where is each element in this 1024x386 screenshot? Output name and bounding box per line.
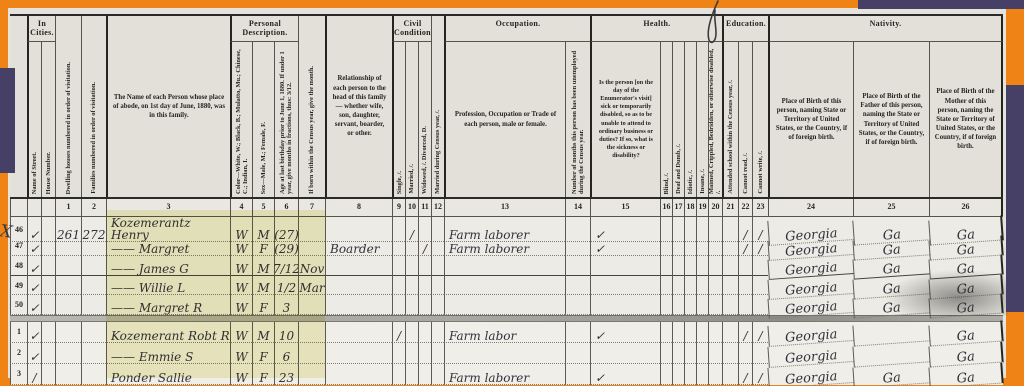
- column-number: 22: [738, 199, 752, 216]
- birth-month-cell: [298, 322, 325, 343]
- col-header-occupation: Profession, Occupation or Trade of each …: [444, 42, 565, 197]
- birth-month-cell: Mar: [298, 276, 325, 296]
- sickness-cell: [590, 256, 660, 276]
- relationship-cell: [325, 343, 392, 364]
- single-cell: [392, 237, 405, 257]
- color-cell: W: [230, 237, 252, 257]
- sickness-cell: ✓: [590, 237, 660, 257]
- relationship-cell: Boarder: [325, 237, 392, 257]
- attended-school-cell: [722, 237, 738, 257]
- column-number: 14: [565, 199, 590, 216]
- married-census-year-cell: [431, 295, 444, 315]
- street-check-cell: ✓: [27, 322, 41, 343]
- cannot-write-cell: /: [752, 364, 768, 385]
- street-check-cell: ✓: [27, 237, 41, 257]
- col-label: Maimed, Crippled, Bedridden, or otherwis…: [708, 42, 722, 197]
- insane-cell: [696, 322, 708, 343]
- navy-bar-left: [0, 68, 15, 173]
- married-cell: [405, 256, 418, 276]
- widowed-cell: [418, 343, 431, 364]
- maimed-cell: [708, 237, 722, 257]
- records-upper-fragment: 46✓261272Kozemerantz HenryWM(27)/Farm la…: [10, 217, 1003, 315]
- sex-cell: M: [252, 276, 274, 296]
- record-row: 2✓—— Emmie SWF6GeorgiaGa: [10, 343, 1003, 364]
- col-header-single: Single, /.: [392, 42, 405, 197]
- col-label: Attended school within the Census year, …: [727, 78, 734, 197]
- col-header-birthplace-father: Place of Birth of the Father of this per…: [853, 42, 929, 197]
- idiotic-cell: [684, 322, 696, 343]
- occupation-cell: [444, 276, 565, 296]
- months-unemployed-cell: [565, 237, 590, 257]
- column-number: 26: [929, 199, 1003, 216]
- col-label: Cannot write, /.: [757, 149, 764, 197]
- cannot-read-cell: [738, 343, 752, 364]
- navy-bar-top: [858, 0, 1024, 9]
- group-civil-condition: Civil Condition.: [392, 16, 431, 42]
- occupation-cell: [444, 343, 565, 364]
- relationship-cell: [325, 295, 392, 315]
- sickness-cell: ✓: [590, 364, 660, 385]
- sickness-cell: [590, 276, 660, 296]
- col-label: Blind, /.: [663, 171, 670, 198]
- row-number-cell: 48: [10, 256, 27, 276]
- house-number-cell: [41, 364, 55, 385]
- street-check-cell: ✓: [27, 343, 41, 364]
- person-name-cell: —— Willie L: [106, 276, 230, 296]
- records-lower-fragment: 1✓Kozemerant Robt RWM10/Farm labor✓//Geo…: [10, 322, 1003, 385]
- column-number: 20: [708, 199, 722, 216]
- pen-mark: [694, 0, 728, 51]
- deaf-dumb-cell: [672, 256, 684, 276]
- person-name-cell: —— Margret: [106, 237, 230, 257]
- deaf-dumb-cell: [672, 322, 684, 343]
- blind-cell: [660, 276, 672, 296]
- column-number: 4: [230, 199, 252, 216]
- col-header-street: Name of Street.: [27, 42, 41, 197]
- col-header-deaf-dumb: Deaf and Dumb, /.: [672, 42, 684, 197]
- street-check-cell: ✓: [27, 276, 41, 296]
- column-number: 11: [418, 199, 431, 216]
- group-education: Education.: [722, 16, 768, 42]
- record-row: 50✓—— Margret RWF3GeorgiaGaGa: [10, 295, 1003, 315]
- married-census-year-cell: [431, 256, 444, 276]
- age-cell: 7/12: [274, 256, 298, 276]
- col-header-age: Age at last birthday prior to June 1, 18…: [274, 42, 298, 197]
- col-header-attended-school: Attended school within the Census year, …: [722, 42, 738, 197]
- attended-school-cell: [722, 276, 738, 296]
- column-number: 8: [325, 199, 392, 216]
- column-number: 16: [660, 199, 672, 216]
- col-header-color: Color—White, W.; Black, B.; Mulatto, Mu.…: [230, 42, 252, 197]
- column-number: 23: [752, 199, 768, 216]
- cannot-read-cell: [738, 256, 752, 276]
- cannot-write-cell: /: [752, 237, 768, 257]
- group-nativity: Nativity.: [768, 16, 1003, 42]
- person-name-cell: —— Emmie S: [106, 343, 230, 364]
- birth-month-cell: Nov: [298, 256, 325, 276]
- birthplace-father-cell: Ga: [852, 362, 929, 386]
- col-label: Married, /.: [408, 162, 415, 197]
- occupation-cell: [444, 256, 565, 276]
- birth-month-cell: [298, 237, 325, 257]
- house-number-cell: [41, 237, 55, 257]
- sex-cell: M: [252, 322, 274, 343]
- single-cell: [392, 364, 405, 385]
- cannot-read-cell: /: [738, 237, 752, 257]
- single-cell: /: [392, 322, 405, 343]
- group-in-cities: In Cities.: [27, 16, 55, 42]
- dwelling-number-cell: [55, 237, 81, 257]
- col-header-cannot-read: Cannot read, /.: [738, 42, 752, 197]
- sex-cell: F: [252, 343, 274, 364]
- col-label: Sex—Male, M.; Female, F.: [260, 120, 267, 197]
- record-row: 46✓261272Kozemerantz HenryWM(27)/Farm la…: [10, 217, 1003, 237]
- cannot-read-cell: /: [738, 364, 752, 385]
- col-header-family-number: Families numbered in order of visitation…: [81, 16, 106, 197]
- record-row: 47✓—— MargretWF(29)Boarder/Farm laborer✓…: [10, 237, 1003, 257]
- insane-cell: [696, 343, 708, 364]
- column-number: 5: [252, 199, 274, 216]
- col-header-blind: Blind, /.: [660, 42, 672, 197]
- street-check-cell: ✓: [27, 295, 41, 315]
- deaf-dumb-cell: [672, 276, 684, 296]
- col-label: Families numbered in order of visitation…: [90, 80, 97, 197]
- age-cell: (29): [274, 237, 298, 257]
- scanned-census-sheet: In Cities. Personal Description. Civil C…: [8, 8, 1006, 378]
- insane-cell: [696, 364, 708, 385]
- maimed-cell: [708, 322, 722, 343]
- widowed-cell: [418, 295, 431, 315]
- widowed-cell: [418, 364, 431, 385]
- record-row: 3/Ponder SallieWF23Farm laborer✓//Georgi…: [10, 364, 1003, 385]
- col-label: Number of months this person has been un…: [571, 42, 585, 197]
- color-cell: W: [230, 322, 252, 343]
- col-header-birthplace-person: Place of Birth of this person, naming St…: [768, 42, 853, 197]
- col-header-sex: Sex—Male, M.; Female, F.: [252, 42, 274, 197]
- age-cell: 3: [274, 295, 298, 315]
- age-cell: 23: [274, 364, 298, 385]
- married-cell: [405, 237, 418, 257]
- relationship-cell: [325, 364, 392, 385]
- color-cell: W: [230, 276, 252, 296]
- form-header: In Cities. Personal Description. Civil C…: [10, 14, 1003, 197]
- column-number: 21: [722, 199, 738, 216]
- col-header-sickness: Is the person [on the day of the Enumera…: [590, 42, 660, 197]
- group-occupation: Occupation.: [444, 16, 590, 42]
- widowed-cell: [418, 322, 431, 343]
- row-number-cell: 2: [10, 343, 27, 364]
- col-label: Name of Street.: [31, 150, 38, 197]
- insane-cell: [696, 237, 708, 257]
- census-scan-page: In Cities. Personal Description. Civil C…: [0, 0, 1024, 386]
- col-label: Single, /.: [396, 169, 403, 197]
- family-number-cell: [81, 256, 106, 276]
- dwelling-number-cell: [55, 343, 81, 364]
- family-number-cell: [81, 295, 106, 315]
- maimed-cell: [708, 295, 722, 315]
- col-label: Cannot read, /.: [742, 151, 749, 197]
- deaf-dumb-cell: [672, 237, 684, 257]
- col-label: Age at last birthday prior to June 1, 18…: [279, 42, 293, 197]
- married-census-year-cell: [431, 322, 444, 343]
- column-number: [10, 199, 27, 216]
- house-number-cell: [41, 343, 55, 364]
- col-header-married-census-year: Married during Census year, /.: [431, 16, 444, 197]
- cannot-read-cell: [738, 295, 752, 315]
- column-number: 12: [431, 199, 444, 216]
- dwelling-number-cell: [55, 295, 81, 315]
- family-number-cell: [81, 364, 106, 385]
- column-number: 24: [768, 199, 853, 216]
- person-name-cell: —— Margret R: [106, 295, 230, 315]
- blind-cell: [660, 343, 672, 364]
- blind-cell: [660, 237, 672, 257]
- col-header-dwelling-number: Dwelling houses numbered in order of vis…: [55, 16, 81, 197]
- blind-cell: [660, 364, 672, 385]
- sickness-cell: [590, 295, 660, 315]
- col-label: Widowed, /. Divorced, D.: [421, 124, 428, 197]
- column-number: 17: [672, 199, 684, 216]
- group-personal-description: Personal Description.: [230, 16, 298, 42]
- deaf-dumb-cell: [672, 364, 684, 385]
- relationship-cell: [325, 276, 392, 296]
- col-header-relationship: Relationship of each person to the head …: [325, 16, 392, 197]
- married-cell: [405, 276, 418, 296]
- col-label: Insane, /.: [699, 167, 706, 197]
- maimed-cell: [708, 364, 722, 385]
- single-cell: [392, 295, 405, 315]
- attended-school-cell: [722, 322, 738, 343]
- person-name-cell: —— James G: [106, 256, 230, 276]
- column-number: 6: [274, 199, 298, 216]
- family-number-cell: [81, 322, 106, 343]
- census-form: In Cities. Personal Description. Civil C…: [10, 14, 1003, 385]
- married-cell: [405, 295, 418, 315]
- single-cell: [392, 343, 405, 364]
- family-number-cell: [81, 276, 106, 296]
- column-number: 25: [853, 199, 929, 216]
- dwelling-number-cell: [55, 276, 81, 296]
- idiotic-cell: [684, 256, 696, 276]
- column-number: 3: [106, 199, 230, 216]
- cannot-write-cell: [752, 295, 768, 315]
- col-header-birthplace-mother: Place of Birth of the Mother of this per…: [929, 42, 1003, 197]
- idiotic-cell: [684, 295, 696, 315]
- insane-cell: [696, 256, 708, 276]
- col-header-married: Married, /.: [405, 42, 418, 197]
- months-unemployed-cell: [565, 322, 590, 343]
- column-number: 2: [81, 199, 106, 216]
- age-cell: 6: [274, 343, 298, 364]
- maimed-cell: [708, 276, 722, 296]
- single-cell: [392, 256, 405, 276]
- col-label: Dwelling houses numbered in order of vis…: [65, 60, 72, 197]
- house-number-cell: [41, 276, 55, 296]
- idiotic-cell: [684, 343, 696, 364]
- attended-school-cell: [722, 295, 738, 315]
- deaf-dumb-cell: [672, 295, 684, 315]
- married-census-year-cell: [431, 276, 444, 296]
- married-cell: [405, 343, 418, 364]
- sex-cell: F: [252, 364, 274, 385]
- col-label: Idiotic, /.: [687, 168, 694, 197]
- married-census-year-cell: [431, 343, 444, 364]
- relationship-cell: [325, 256, 392, 276]
- record-row: 49✓—— Willie LWM1/2MarGeorgiaGaGa: [10, 276, 1003, 296]
- col-header-cannot-write: Cannot write, /.: [752, 42, 768, 197]
- birthplace-mother-cell: Ga: [928, 362, 1003, 386]
- cannot-read-cell: /: [738, 322, 752, 343]
- sex-cell: F: [252, 237, 274, 257]
- idiotic-cell: [684, 276, 696, 296]
- birth-month-cell: [298, 295, 325, 315]
- street-check-cell: ✓: [27, 256, 41, 276]
- idiotic-cell: [684, 364, 696, 385]
- column-number: 19: [696, 199, 708, 216]
- birth-month-cell: [298, 343, 325, 364]
- widowed-cell: /: [418, 237, 431, 257]
- family-number-cell: [81, 343, 106, 364]
- row-number-cell: 47: [10, 237, 27, 257]
- row-number-cell: 50: [10, 295, 27, 315]
- insane-cell: [696, 295, 708, 315]
- col-label: Married during Census year, /.: [434, 108, 441, 197]
- maimed-cell: [708, 343, 722, 364]
- record-row: 48✓—— James GWM7/12NovGeorgiaGaGa: [10, 256, 1003, 276]
- street-check-cell: /: [27, 364, 41, 385]
- blind-cell: [660, 295, 672, 315]
- col-header-birth-month: If born within the Census year, give the…: [298, 16, 325, 197]
- house-number-cell: [41, 295, 55, 315]
- occupation-cell: Farm labor: [444, 322, 565, 343]
- age-cell: 10: [274, 322, 298, 343]
- widowed-cell: [418, 276, 431, 296]
- dwelling-number-cell: [55, 256, 81, 276]
- sickness-cell: [590, 343, 660, 364]
- sickness-cell: ✓: [590, 322, 660, 343]
- attended-school-cell: [722, 364, 738, 385]
- column-number: 15: [590, 199, 660, 216]
- months-unemployed-cell: [565, 295, 590, 315]
- col-label: Deaf and Dumb, /.: [675, 142, 682, 197]
- cannot-write-cell: [752, 256, 768, 276]
- occupation-cell: Farm laborer: [444, 364, 565, 385]
- col-label: Color—White, W.; Black, B.; Mulatto, Mu.…: [235, 42, 249, 197]
- blind-cell: [660, 256, 672, 276]
- relationship-cell: [325, 322, 392, 343]
- color-cell: W: [230, 364, 252, 385]
- color-cell: W: [230, 343, 252, 364]
- blind-cell: [660, 322, 672, 343]
- col-header-widowed-divorced: Widowed, /. Divorced, D.: [418, 42, 431, 197]
- cannot-write-cell: [752, 343, 768, 364]
- column-number: 1: [55, 199, 81, 216]
- col-header-insane: Insane, /.: [696, 42, 708, 197]
- maimed-cell: [708, 256, 722, 276]
- record-row: 1✓Kozemerant Robt RWM10/Farm labor✓//Geo…: [10, 322, 1003, 343]
- dwelling-number-cell: [55, 364, 81, 385]
- attended-school-cell: [722, 256, 738, 276]
- column-number: 18: [684, 199, 696, 216]
- months-unemployed-cell: [565, 256, 590, 276]
- col-header-house-number: House Number.: [41, 42, 55, 197]
- married-cell: [405, 364, 418, 385]
- house-number-cell: [41, 256, 55, 276]
- cannot-write-cell: /: [752, 322, 768, 343]
- birth-month-cell: [298, 364, 325, 385]
- single-cell: [392, 276, 405, 296]
- occupation-cell: Farm laborer: [444, 237, 565, 257]
- married-cell: [405, 322, 418, 343]
- column-number-row: 1234567891011121314151617181920212223242…: [10, 197, 1003, 217]
- deaf-dumb-cell: [672, 343, 684, 364]
- column-number: [27, 199, 41, 216]
- age-cell: 1/2: [274, 276, 298, 296]
- color-cell: W: [230, 256, 252, 276]
- row-number-cell: 3: [10, 364, 27, 385]
- col-label: If born within the Census year, give the…: [308, 64, 315, 197]
- col-header-idiotic: Idiotic, /.: [684, 42, 696, 197]
- column-number: [41, 199, 55, 216]
- col-header-months-unemployed: Number of months this person has been un…: [565, 42, 590, 197]
- house-number-cell: [41, 322, 55, 343]
- insane-cell: [696, 276, 708, 296]
- family-number-cell: [81, 237, 106, 257]
- color-cell: W: [230, 295, 252, 315]
- cannot-read-cell: [738, 276, 752, 296]
- married-census-year-cell: [431, 364, 444, 385]
- column-number: 9: [392, 199, 405, 216]
- dwelling-number-cell: [55, 322, 81, 343]
- months-unemployed-cell: [565, 364, 590, 385]
- married-census-year-cell: [431, 237, 444, 257]
- months-unemployed-cell: [565, 276, 590, 296]
- row-number-cell: 1: [10, 322, 27, 343]
- widowed-cell: [418, 256, 431, 276]
- col-label: House Number.: [45, 150, 52, 197]
- navy-bar-right: [1006, 85, 1024, 312]
- column-number: 10: [405, 199, 418, 216]
- months-unemployed-cell: [565, 343, 590, 364]
- occupation-cell: [444, 295, 565, 315]
- row-number-cell: 49: [10, 276, 27, 296]
- sex-cell: M: [252, 256, 274, 276]
- col-header-maimed: Maimed, Crippled, Bedridden, or otherwis…: [708, 42, 722, 197]
- column-number: 7: [298, 199, 325, 216]
- cannot-write-cell: [752, 276, 768, 296]
- idiotic-cell: [684, 237, 696, 257]
- sex-cell: F: [252, 295, 274, 315]
- col-header-person-name: The Name of each Person whose place of a…: [106, 16, 230, 197]
- person-name-cell: Ponder Sallie: [106, 364, 230, 385]
- column-number: 13: [444, 199, 565, 216]
- attended-school-cell: [722, 343, 738, 364]
- person-name-cell: Kozemerant Robt R: [106, 322, 230, 343]
